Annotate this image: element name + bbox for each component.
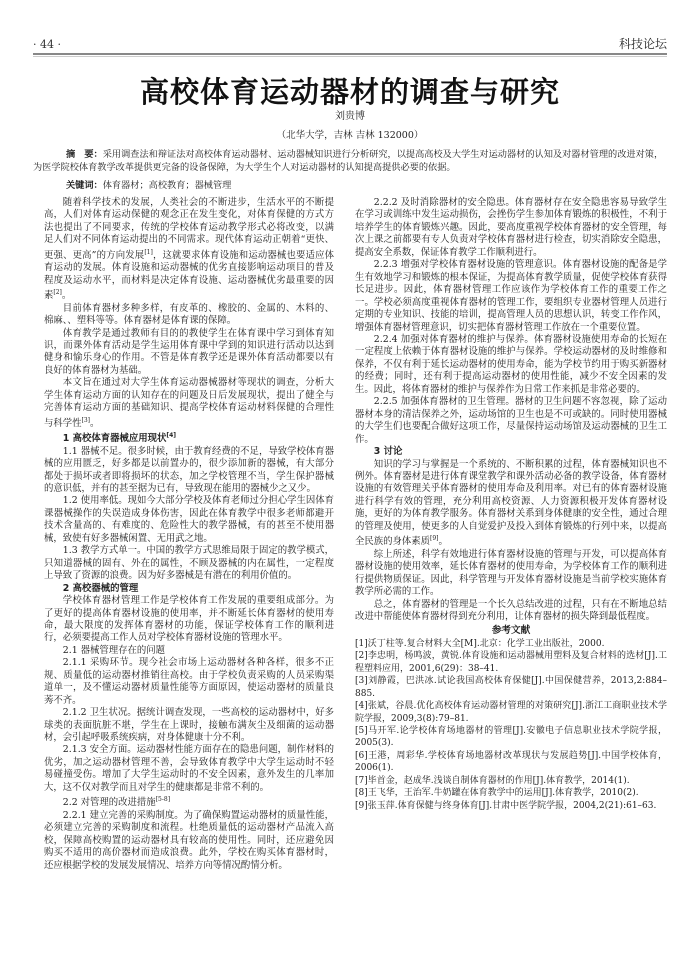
abstract-text: 采用调查法和辩证法对高校体育运动器材、运动器械知识进行分析研究，以提高高校及大学… [33,149,663,173]
paragraph-text: 2.1.1 采购环节。现今社会市场上运动器材各种各样，很多不正规、质量低的运动器… [44,657,334,705]
journal-section-label: 科技论坛 [619,35,667,52]
body-paragraph: 本文旨在通过对大学生体育运动器械器材等现状的调查，分析大学生体育运动方面的认知存… [44,377,334,430]
reference-item: [3]刘静霞，巴洪冰.试论我国高校体育保健[J].中国保健营养，2013,2:8… [355,675,667,700]
reference-item: [5]马开军.论学校体育场地器材的管理[J].安徽电子信息职业技术学院学报，20… [355,725,667,750]
header-rule-secondary [33,56,667,57]
citation-marker: [4] [166,432,176,439]
reference-item: [4]张斌，谷晨.优化高校体育运动器材管理的对策研究[J].浙江工商职业技术学院… [355,700,667,725]
section-heading: 3 讨论 [355,446,667,458]
reference-item: [1]沃丁柱等.复合材料大全[M].北京：化学工业出版社，2000. [355,638,667,650]
abstract-label: 摘 要： [66,149,103,160]
keywords: 关键词：体育器材；高校教育；器械管理 [66,177,231,191]
body-paragraph: 2.2.4 加强对体育器材的维护与保养。体育器材设施使用寿命的长短在一定程度上依… [355,334,667,396]
body-paragraph: 2.1.2 卫生状况。据统计调查发现，一些高校的运动器材中，好多球类的表面肮脏不… [44,707,334,744]
body-paragraph: 随着科学技术的发展，人类社会的不断进步，生活水平的不断提高，人们对体育运动保健的… [44,197,334,303]
body-column-left: 随着科学技术的发展，人类社会的不断进步，生活水平的不断提高，人们对体育运动保健的… [44,197,334,872]
paragraph-text: 2.2.5 加强体育器材的卫生管理。器材的卫生问题不容忽视，除了运动器材本身的清… [355,396,667,444]
reference-item: [2]李忠明，杨鸣波，黄锐.体育设施和运动器械用塑料及复合材料的选材[J].工程… [355,650,667,675]
body-paragraph: 2.1.3 安全方面。运动器材性能方面存在的隐患问题，制作材料的优劣，加之运动器… [44,744,334,794]
paragraph-text: 1.3 教学方式单一。中国的教学方式思维局限于固定的教学模式，只知道器械的固有、… [44,545,334,581]
body-paragraph: 知识的学习与掌握是一个系统的、不断积累的过程，体育器械知识也不例外。体育器材是进… [355,459,667,549]
paragraph-text: 2.2.4 加强对体育器材的维护与保养。体育器材设施使用寿命的长短在一定程度上依… [355,334,667,395]
paragraph-text: 2 高校器械的管理 [63,583,138,594]
section-heading: 2.2 对管理的改进措施[5-8] [44,794,334,809]
body-paragraph: 总之，体育器材的管理是一个长久总结改进的过程，只有在不断地总结改进中帮能使体育器… [355,599,667,624]
body-paragraph: 2.2.2 及时消除器材的安全隐患。体育器材存在安全隐患容易导致学生在学习或训练… [355,197,667,259]
body-paragraph: 2.2.5 加强体育器材的卫生管理。器材的卫生问题不容忽视，除了运动器材本身的清… [355,396,667,446]
article-author: 刘贵博 [0,107,700,122]
header-rule [33,53,667,55]
section-heading: 2 高校器械的管理 [44,583,334,595]
paragraph-text: 2.2.3 增强对学校体育器材设施的管理意识。体育器材设施的配备是学生有效地学习… [355,259,667,332]
body-paragraph: 体育教学是通过教师有目的的教使学生在体育课中学习到体育知识，而课外体育活动是学生… [44,328,334,378]
paragraph-text: 1 高校体育器械应用现状 [63,433,167,444]
references-list: [1]沃丁柱等.复合材料大全[M].北京：化学工业出版社，2000.[2]李忠明… [355,638,667,812]
paragraph-text: 2.2.2 及时消除器材的安全隐患。体育器材存在安全隐患容易导致学生在学习或训练… [355,197,667,258]
paragraph-text: 综上所述，科学有效地进行体育器材设施的管理与开发，可以提高体育器材设施的使用效率… [355,549,667,597]
section-heading: 1 高校体育器械应用现状[4] [44,430,334,445]
body-paragraph: 1.1 器械不足。很多时候，由于教育经费的不足，导致学校体育器械的应用匮乏，好多… [44,446,334,496]
citation-marker: [3] [82,417,91,424]
article-affiliation: （北华大学，吉林 吉林 132000） [0,127,700,141]
page-number: · 44 · [33,38,61,51]
paragraph-text: 总之，体育器材的管理是一个长久总结改进的过程，只有在不断地总结改进中帮能使体育器… [355,599,667,622]
paragraph-text: 目前体育器材多种多样，有皮革的、橡胶的、金属的、木料的、棉麻、、塑料等等。体育器… [44,303,334,326]
citation-marker: [5-8] [156,796,170,803]
paragraph-text: 2.1 器械管理存在的问题 [63,645,165,656]
references-title: 参考文献 [355,625,667,637]
reference-item: [7]毕首金，赵成华.浅谈自制体育器材的作用[J].体育教学，2014(1). [355,775,667,787]
body-paragraph: 1.2 使用率低。现如今大部分学校及体育老师过分担心学生因体育课器械操作的失误造… [44,495,334,545]
paragraph-text: 2.2.1 建立完善的采购制度。为了确保购置运动器材的质量性能，必须建立完善的采… [44,810,334,871]
paragraph-text: 2.1.2 卫生状况。据统计调查发现，一些高校的运动器材中，好多球类的表面肮脏不… [44,707,334,743]
keywords-label: 关键词： [66,180,103,191]
paragraph-text: 体育教学是通过教师有目的的教使学生在体育课中学习到体育知识，而课外体育活动是学生… [44,328,334,376]
paragraph-text: 。 [90,418,99,429]
body-paragraph: 2.2.1 建立完善的采购制度。为了确保购置运动器材的质量性能，必须建立完善的采… [44,810,334,872]
body-paragraph: 2.2.3 增强对学校体育器材设施的管理意识。体育器材设施的配备是学生有效地学习… [355,259,667,334]
reference-item: [9]张玉萍.体育保健与终身体育[J].甘肃中医学院学报，2004,2(21):… [355,800,667,812]
paragraph-text: 2.1.3 安全方面。运动器材性能方面存在的隐患问题，制作材料的优劣，加之运动器… [44,744,334,792]
body-paragraph: 2.1.1 采购环节。现今社会市场上运动器材各种各样，很多不正规、质量低的运动器… [44,657,334,707]
reference-item: [6]王港，周彩华.学校体育场地器材改革现状与发展趋势[J].中国学校体育，20… [355,750,667,775]
paragraph-text: 。 [439,536,448,547]
body-column-right: 2.2.2 及时消除器材的安全隐患。体育器材存在安全隐患容易导致学生在学习或训练… [355,197,667,812]
section-heading: 2.1 器械管理存在的问题 [44,645,334,657]
reference-item: [8]王飞华，王治军.牛奶罐在体育教学中的运用[J].体育教学，2010(2). [355,787,667,799]
citation-marker: [2] [53,289,62,296]
paragraph-text: 3 讨论 [374,446,403,457]
body-paragraph: 综上所述，科学有效地进行体育器材设施的管理与开发，可以提高体育器材设施的使用效率… [355,549,667,599]
keywords-text: 体育器材；高校教育；器械管理 [103,180,232,191]
paragraph-text: 1.2 使用率低。现如今大部分学校及体育老师过分担心学生因体育课器械操作的失误造… [44,495,334,543]
paragraph-text: 知识的学习与掌握是一个系统的、不断积累的过程，体育器械知识也不例外。体育器材是进… [355,459,667,548]
article-title: 高校体育运动器材的调查与研究 [0,70,700,111]
citation-marker: [1] [144,249,153,256]
body-paragraph: 1.3 教学方式单一。中国的教学方式思维局限于固定的教学模式，只知道器械的固有、… [44,545,334,582]
abstract: 摘 要：采用调查法和辩证法对高校体育运动器材、运动器械知识进行分析研究，以提高高… [33,148,667,174]
paragraph-text: 1.1 器械不足。很多时候，由于教育经费的不足，导致学校体育器械的应用匮乏，好多… [44,446,334,494]
paragraph-text: 。 [62,290,71,301]
citation-marker: [9] [430,535,439,542]
body-paragraph: 目前体育器材多种多样，有皮革的、橡胶的、金属的、木料的、棉麻、、塑料等等。体育器… [44,303,334,328]
body-paragraph: 学校体育器材管理工作是学校体育工作发展的重要组成部分。为了更好的提高体育器材设施… [44,595,334,645]
paragraph-text: 学校体育器材管理工作是学校体育工作发展的重要组成部分。为了更好的提高体育器材设施… [44,595,334,643]
paragraph-text: 2.2 对管理的改进措施 [63,797,156,808]
